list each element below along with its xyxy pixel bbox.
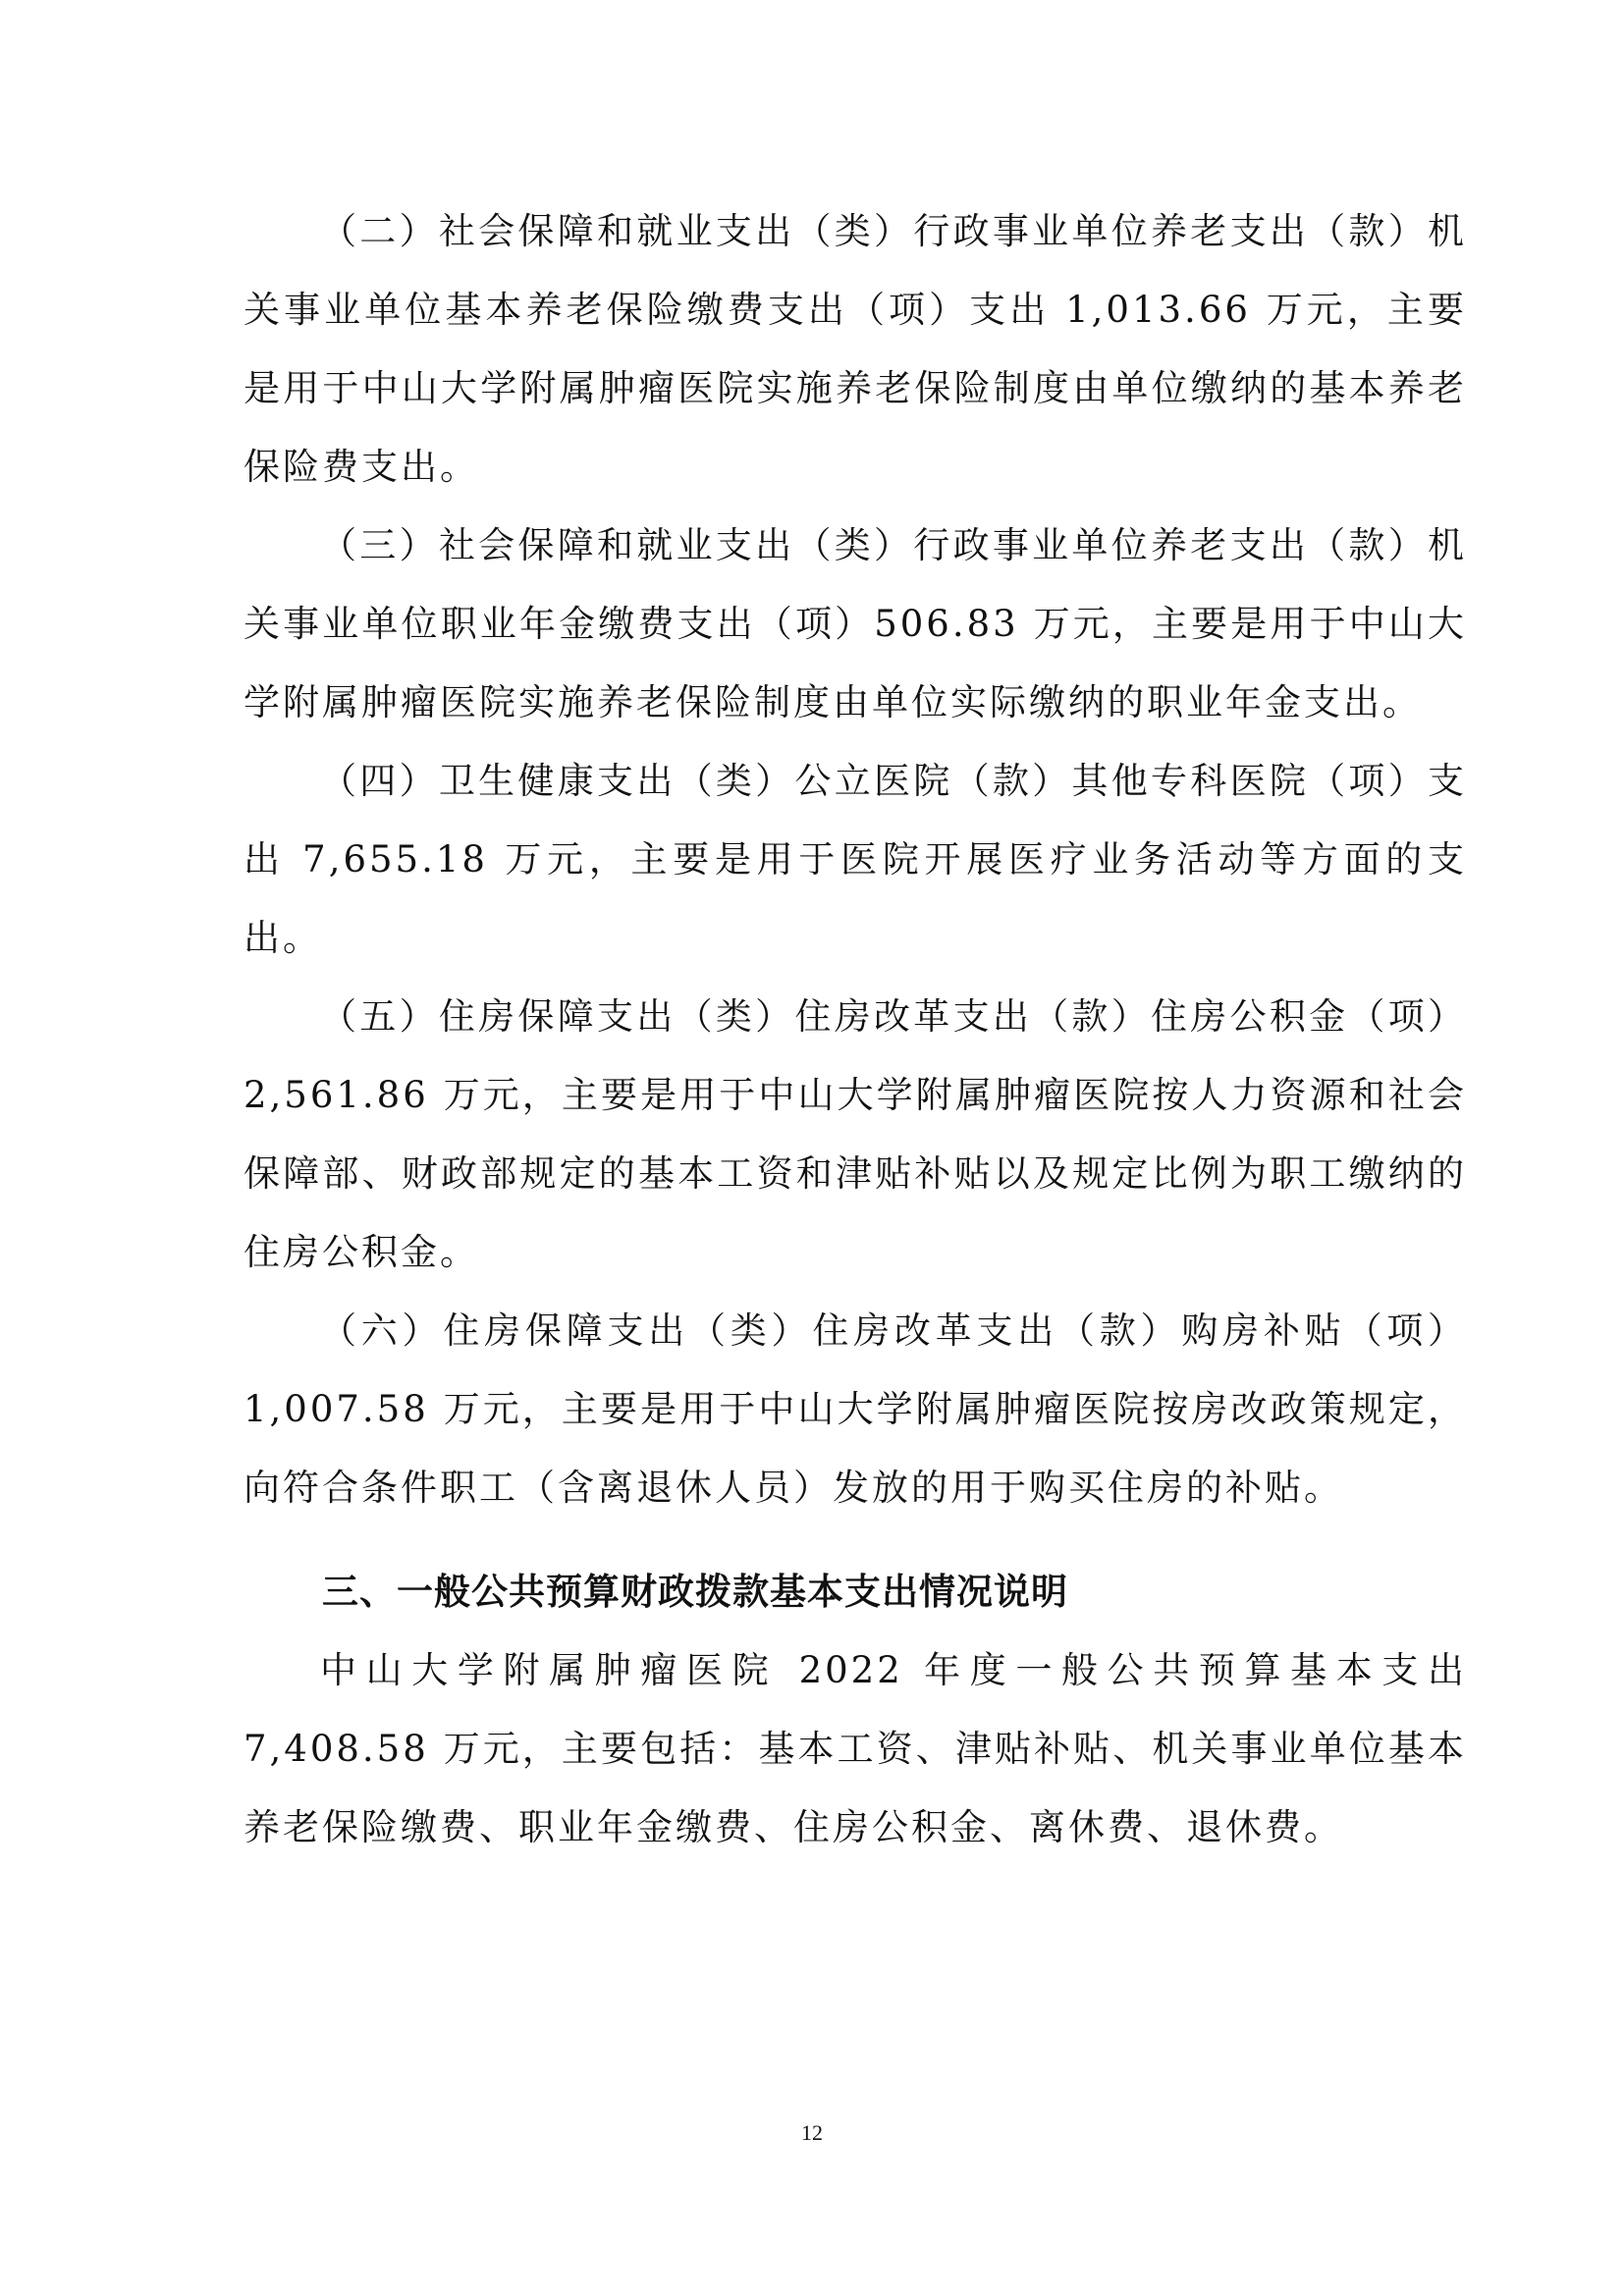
page-number: 12 bbox=[0, 2120, 1624, 2146]
section-paragraph: 中山大学附属肿瘤医院 2022 年度一般公共预算基本支出 7,408.58 万元… bbox=[244, 1631, 1467, 1867]
paragraph-item-5: （五）住房保障支出（类）住房改革支出（款）住房公积金（项）2,561.86 万元… bbox=[244, 978, 1467, 1292]
paragraph-item-4: （四）卫生健康支出（类）公立医院（款）其他专科医院（项）支出 7,655.18 … bbox=[244, 742, 1467, 978]
paragraph-item-2: （二）社会保障和就业支出（类）行政事业单位养老支出（款）机关事业单位基本养老保险… bbox=[244, 192, 1467, 507]
paragraph-item-3: （三）社会保障和就业支出（类）行政事业单位养老支出（款）机关事业单位职业年金缴费… bbox=[244, 507, 1467, 742]
paragraph-item-6: （六）住房保障支出（类）住房改革支出（款）购房补贴（项）1,007.58 万元，… bbox=[244, 1292, 1467, 1527]
section-heading: 三、一般公共预算财政拨款基本支出情况说明 bbox=[244, 1553, 1467, 1631]
document-page: （二）社会保障和就业支出（类）行政事业单位养老支出（款）机关事业单位基本养老保险… bbox=[244, 192, 1467, 1867]
